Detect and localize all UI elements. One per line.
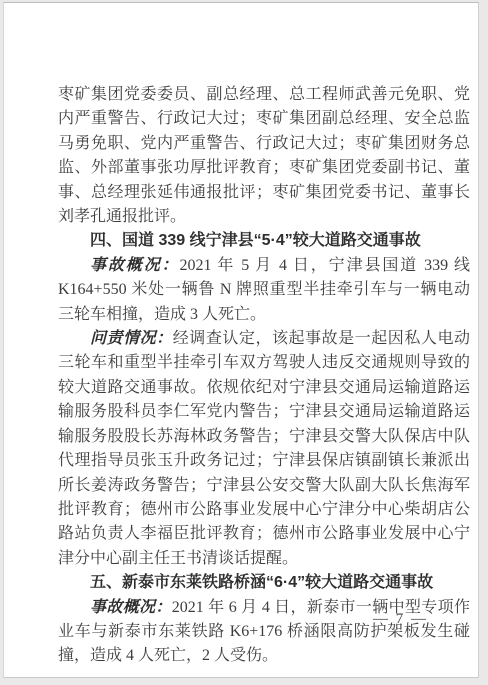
document-content: 枣矿集团党委委员、副总经理、总工程师武善元免职、党内严重警告、行政记大过；枣矿集… [58, 83, 470, 669]
section5-heading: 五、新泰市东莱铁路桥涵“6·4”较大道路交通事故 [58, 571, 470, 595]
section4-accountability-text: 经调查认定，该起事故是一起因私人电动三轮车和重型半挂牵引车双方驾驶人违反交通规则… [58, 330, 470, 567]
section5-overview-paragraph: 事故概况：2021 年 6 月 4 日，新泰市一辆中型专项作业车与新泰市东莱铁路… [58, 596, 470, 669]
page-number: — 7 — [373, 611, 428, 628]
section4-heading: 四、国道 339 线宁津县“5·4”较大道路交通事故 [58, 229, 470, 253]
section4-overview-paragraph: 事故概况：2021 年 5 月 4 日，宁津县国道 339 线 K164+550… [58, 254, 470, 327]
section4-overview-label: 事故概况： [90, 257, 180, 274]
paragraph-discipline-continuation: 枣矿集团党委委员、副总经理、总工程师武善元免职、党内严重警告、行政记大过；枣矿集… [58, 83, 470, 229]
section4-accountability-label: 问责情况： [90, 330, 173, 347]
section4-accountability-paragraph: 问责情况：经调查认定，该起事故是一起因私人电动三轮车和重型半挂牵引车双方驾驶人违… [58, 327, 470, 571]
document-page: 枣矿集团党委委员、副总经理、总工程师武善元免职、党内严重警告、行政记大过；枣矿集… [3, 2, 479, 678]
section5-overview-label: 事故概况： [90, 599, 172, 616]
